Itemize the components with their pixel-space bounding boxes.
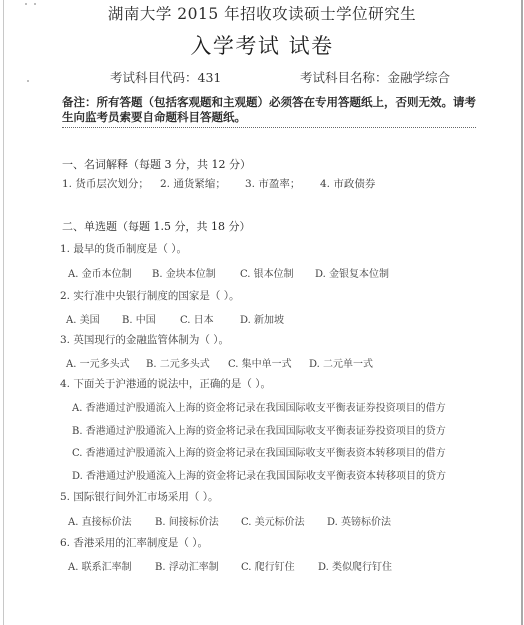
option-c: C. 香港通过沪股通流入上海的资金将记录在我国国际收支平衡表资本转移项目的借方 xyxy=(72,444,446,459)
option-d: D. 新加坡 xyxy=(240,311,284,326)
question-stem: 3. 英国现行的金融监管体制为（ ）。 xyxy=(60,332,229,347)
term-item: 2. 通货紧缩； xyxy=(160,176,226,191)
option-a: A. 联系汇率制 xyxy=(68,558,132,573)
option-b: B. 间接标价法 xyxy=(155,513,219,528)
term-item: 1. 货币层次划分； xyxy=(62,176,149,191)
option-a: A. 金币本位制 xyxy=(68,265,132,280)
section-heading-single-choice: 二、单选题（每题 1.5 分，共 18 分） xyxy=(62,218,250,234)
question-stem: 5. 国际银行间外汇市场采用（ ）。 xyxy=(60,489,218,504)
option-b: B. 浮动汇率制 xyxy=(155,558,219,573)
option-a: A. 一元多头式 xyxy=(66,355,130,370)
question-stem: 2. 实行准中央银行制度的国家是（ ）。 xyxy=(60,288,239,303)
option-a: A. 香港通过沪股通流入上海的资金将记录在我国国际收支平衡表证券投资项目的借方 xyxy=(72,399,446,414)
scan-edge-right xyxy=(521,0,523,625)
dotted-divider xyxy=(62,127,476,128)
exam-university-title: 湖南大学 2015 年招收攻读硕士学位研究生 xyxy=(0,2,524,24)
scan-speckle xyxy=(27,80,29,82)
option-d: D. 金银复本位制 xyxy=(315,265,389,280)
option-c: C. 美元标价法 xyxy=(241,513,305,528)
subject-name: 考试科目名称：金融学综合 xyxy=(300,68,450,86)
question-stem: 6. 香港采用的汇率制度是（ ）。 xyxy=(60,535,208,550)
option-d: D. 英镑标价法 xyxy=(327,513,391,528)
option-c: C. 日本 xyxy=(180,311,214,326)
option-c: C. 集中单一式 xyxy=(228,355,292,370)
section-heading-terms: 一、名词解释（每题 3 分，共 12 分） xyxy=(62,156,251,172)
term-item: 4. 市政债券 xyxy=(320,176,375,191)
option-b: B. 中国 xyxy=(122,311,156,326)
option-d: D. 二元单一式 xyxy=(309,355,373,370)
exam-note: 备注：所有答题（包括客观题和主观题）必须答在专用答题纸上，否则无效。请考生向监考… xyxy=(62,95,482,125)
option-b: B. 香港通过沪股通流入上海的资金将记录在我国国际收支平衡表证券投资项目的贷方 xyxy=(72,422,446,437)
question-stem: 1. 最早的货币制度是（ ）。 xyxy=(60,241,187,256)
question-stem: 4. 下面关于沪港通的说法中，正确的是（ ）。 xyxy=(60,376,271,391)
option-a: A. 美国 xyxy=(66,311,100,326)
option-b: B. 金块本位制 xyxy=(152,265,216,280)
option-d: D. 香港通过沪股通流入上海的资金将记录在我国国际收支平衡表资本转移项目的贷方 xyxy=(72,467,446,482)
term-item: 3. 市盈率； xyxy=(245,176,300,191)
option-c: C. 银本位制 xyxy=(240,265,294,280)
option-b: B. 二元多头式 xyxy=(146,355,210,370)
option-c: C. 爬行钉住 xyxy=(241,558,295,573)
exam-paper-title: 入学考试 试卷 xyxy=(0,30,524,60)
subject-code: 考试科目代码：431 xyxy=(110,68,221,86)
option-a: A. 直接标价法 xyxy=(68,513,132,528)
option-d: D. 类似爬行钉住 xyxy=(318,558,392,573)
scan-edge-left xyxy=(3,0,4,625)
